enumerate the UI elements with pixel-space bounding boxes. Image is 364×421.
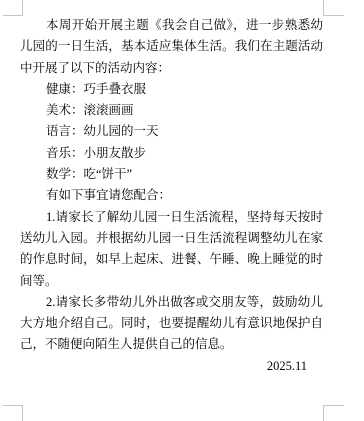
text-line: 数学：吃“饼干”: [20, 164, 323, 185]
crop-mark-top-right: [323, 0, 344, 16]
text-line: 语言：幼儿园的一天: [20, 121, 323, 142]
text-line: 本周开始开展主题《我会自己做》，进一步熟悉幼: [20, 15, 323, 36]
text-line: 的作息时间，如早上起床、进餐、午睡、晚上睡觉的时: [20, 249, 323, 270]
text-line: 美术：滚滚画画: [20, 100, 323, 121]
text-line: 音乐：小朋友散步: [20, 143, 323, 164]
text-line: 中开展了以下的活动内容：: [20, 58, 323, 79]
text-line: 健康：巧手叠衣服: [20, 79, 323, 100]
crop-mark-bottom-right: [323, 405, 344, 421]
text-line: 大方地介绍自己。同时，也要提醒幼儿有意识地保护自: [20, 313, 323, 334]
text-line: 间等。: [20, 271, 323, 292]
crop-mark-bottom-left: [3, 405, 23, 421]
document-text: 本周开始开展主题《我会自己做》，进一步熟悉幼儿园的一日生活，基本适应集体生活。我…: [20, 15, 323, 377]
date-line: 2025.11: [20, 356, 323, 377]
document-page: 本周开始开展主题《我会自己做》，进一步熟悉幼儿园的一日生活，基本适应集体生活。我…: [0, 0, 364, 421]
text-line: 1.请家长了解幼儿园一日生活流程，坚持每天按时: [20, 207, 323, 228]
text-line: 2.请家长多带幼儿外出做客或交朋友等，鼓励幼儿: [20, 292, 323, 313]
text-line: 儿园的一日生活，基本适应集体生活。我们在主题活动: [20, 36, 323, 57]
text-line: 己，不随便向陌生人提供自己的信息。: [20, 334, 323, 355]
text-line: 送幼儿入园。并根据幼儿园一日生活流程调整幼儿在家: [20, 228, 323, 249]
text-line: 有如下事宜请您配合：: [20, 185, 323, 206]
crop-mark-top-left: [3, 0, 23, 16]
